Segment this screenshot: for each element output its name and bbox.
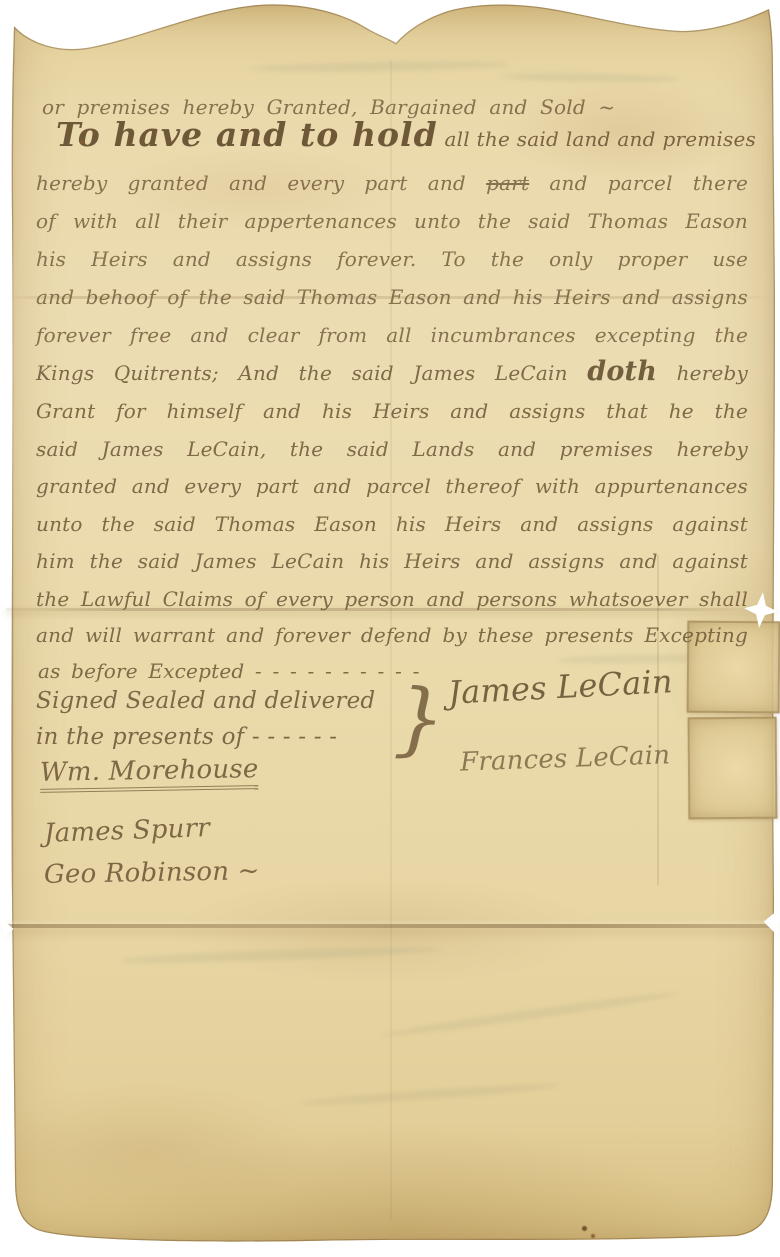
deed-line-5: his Heirs and assigns forever. To the on…	[36, 246, 748, 272]
deed-line-12: unto the said Thomas Eason his Heirs and…	[36, 511, 748, 537]
deed-line-7: forever free and clear from all incumbra…	[36, 322, 748, 348]
scanned-deed-page: or premises hereby Granted, Bargained an…	[0, 0, 780, 1257]
wafer-seal-lower	[688, 717, 778, 820]
deed-line-11: granted and every part and parcel thereo…	[36, 473, 748, 499]
doth-emphasis: doth	[587, 356, 657, 387]
attestation-line-1: Signed Sealed and delivered	[36, 688, 375, 714]
deed-line-13: him the said James LeCain his Heirs and …	[36, 548, 748, 574]
deed-line-9: Grant for himself and his Heirs and assi…	[36, 398, 748, 424]
witness-signature-morehouse: Wm. Morehouse	[40, 754, 259, 793]
foxing-spot	[80, 140, 84, 144]
deed-line-8-post: hereby	[657, 361, 748, 385]
strikethrough-text: part	[486, 171, 529, 195]
deed-line-2-rest: all the said land and premises	[444, 127, 756, 151]
deed-line-10: said James LeCain, the said Lands and pr…	[36, 436, 748, 462]
deed-line-15: and will warrant and forever defend by t…	[36, 622, 748, 648]
deed-line-3-pre: hereby granted and every part and	[36, 171, 486, 195]
deed-line-16: as before Excepted - - - - - - - - - -	[38, 658, 420, 684]
deed-line-4: of with all their appertenances unto the…	[36, 208, 748, 234]
deed-line-8-pre: Kings Quitrents; And the said James LeCa…	[36, 361, 587, 385]
foxing-spot	[591, 1234, 595, 1238]
deed-line-8: Kings Quitrents; And the said James LeCa…	[36, 359, 748, 386]
deed-line-6: and behoof of the said Thomas Eason and …	[36, 284, 748, 310]
deed-line-2: To have and to hold all the said land an…	[56, 122, 756, 152]
witness-signature-spurr: James Spurr	[44, 813, 211, 849]
attestation-line-2: in the presents of - - - - - -	[36, 724, 337, 750]
deed-line-3-post: and parcel there	[529, 171, 748, 195]
attestation-brace: }	[392, 671, 446, 766]
tenendum-heading: To have and to hold	[56, 115, 438, 154]
witness-signature-robinson: Geo Robinson ~	[44, 856, 260, 890]
deed-line-3: hereby granted and every part and part a…	[36, 170, 748, 196]
foxing-spot	[582, 1226, 587, 1231]
deed-line-14: the Lawful Claims of every person and pe…	[36, 586, 748, 612]
